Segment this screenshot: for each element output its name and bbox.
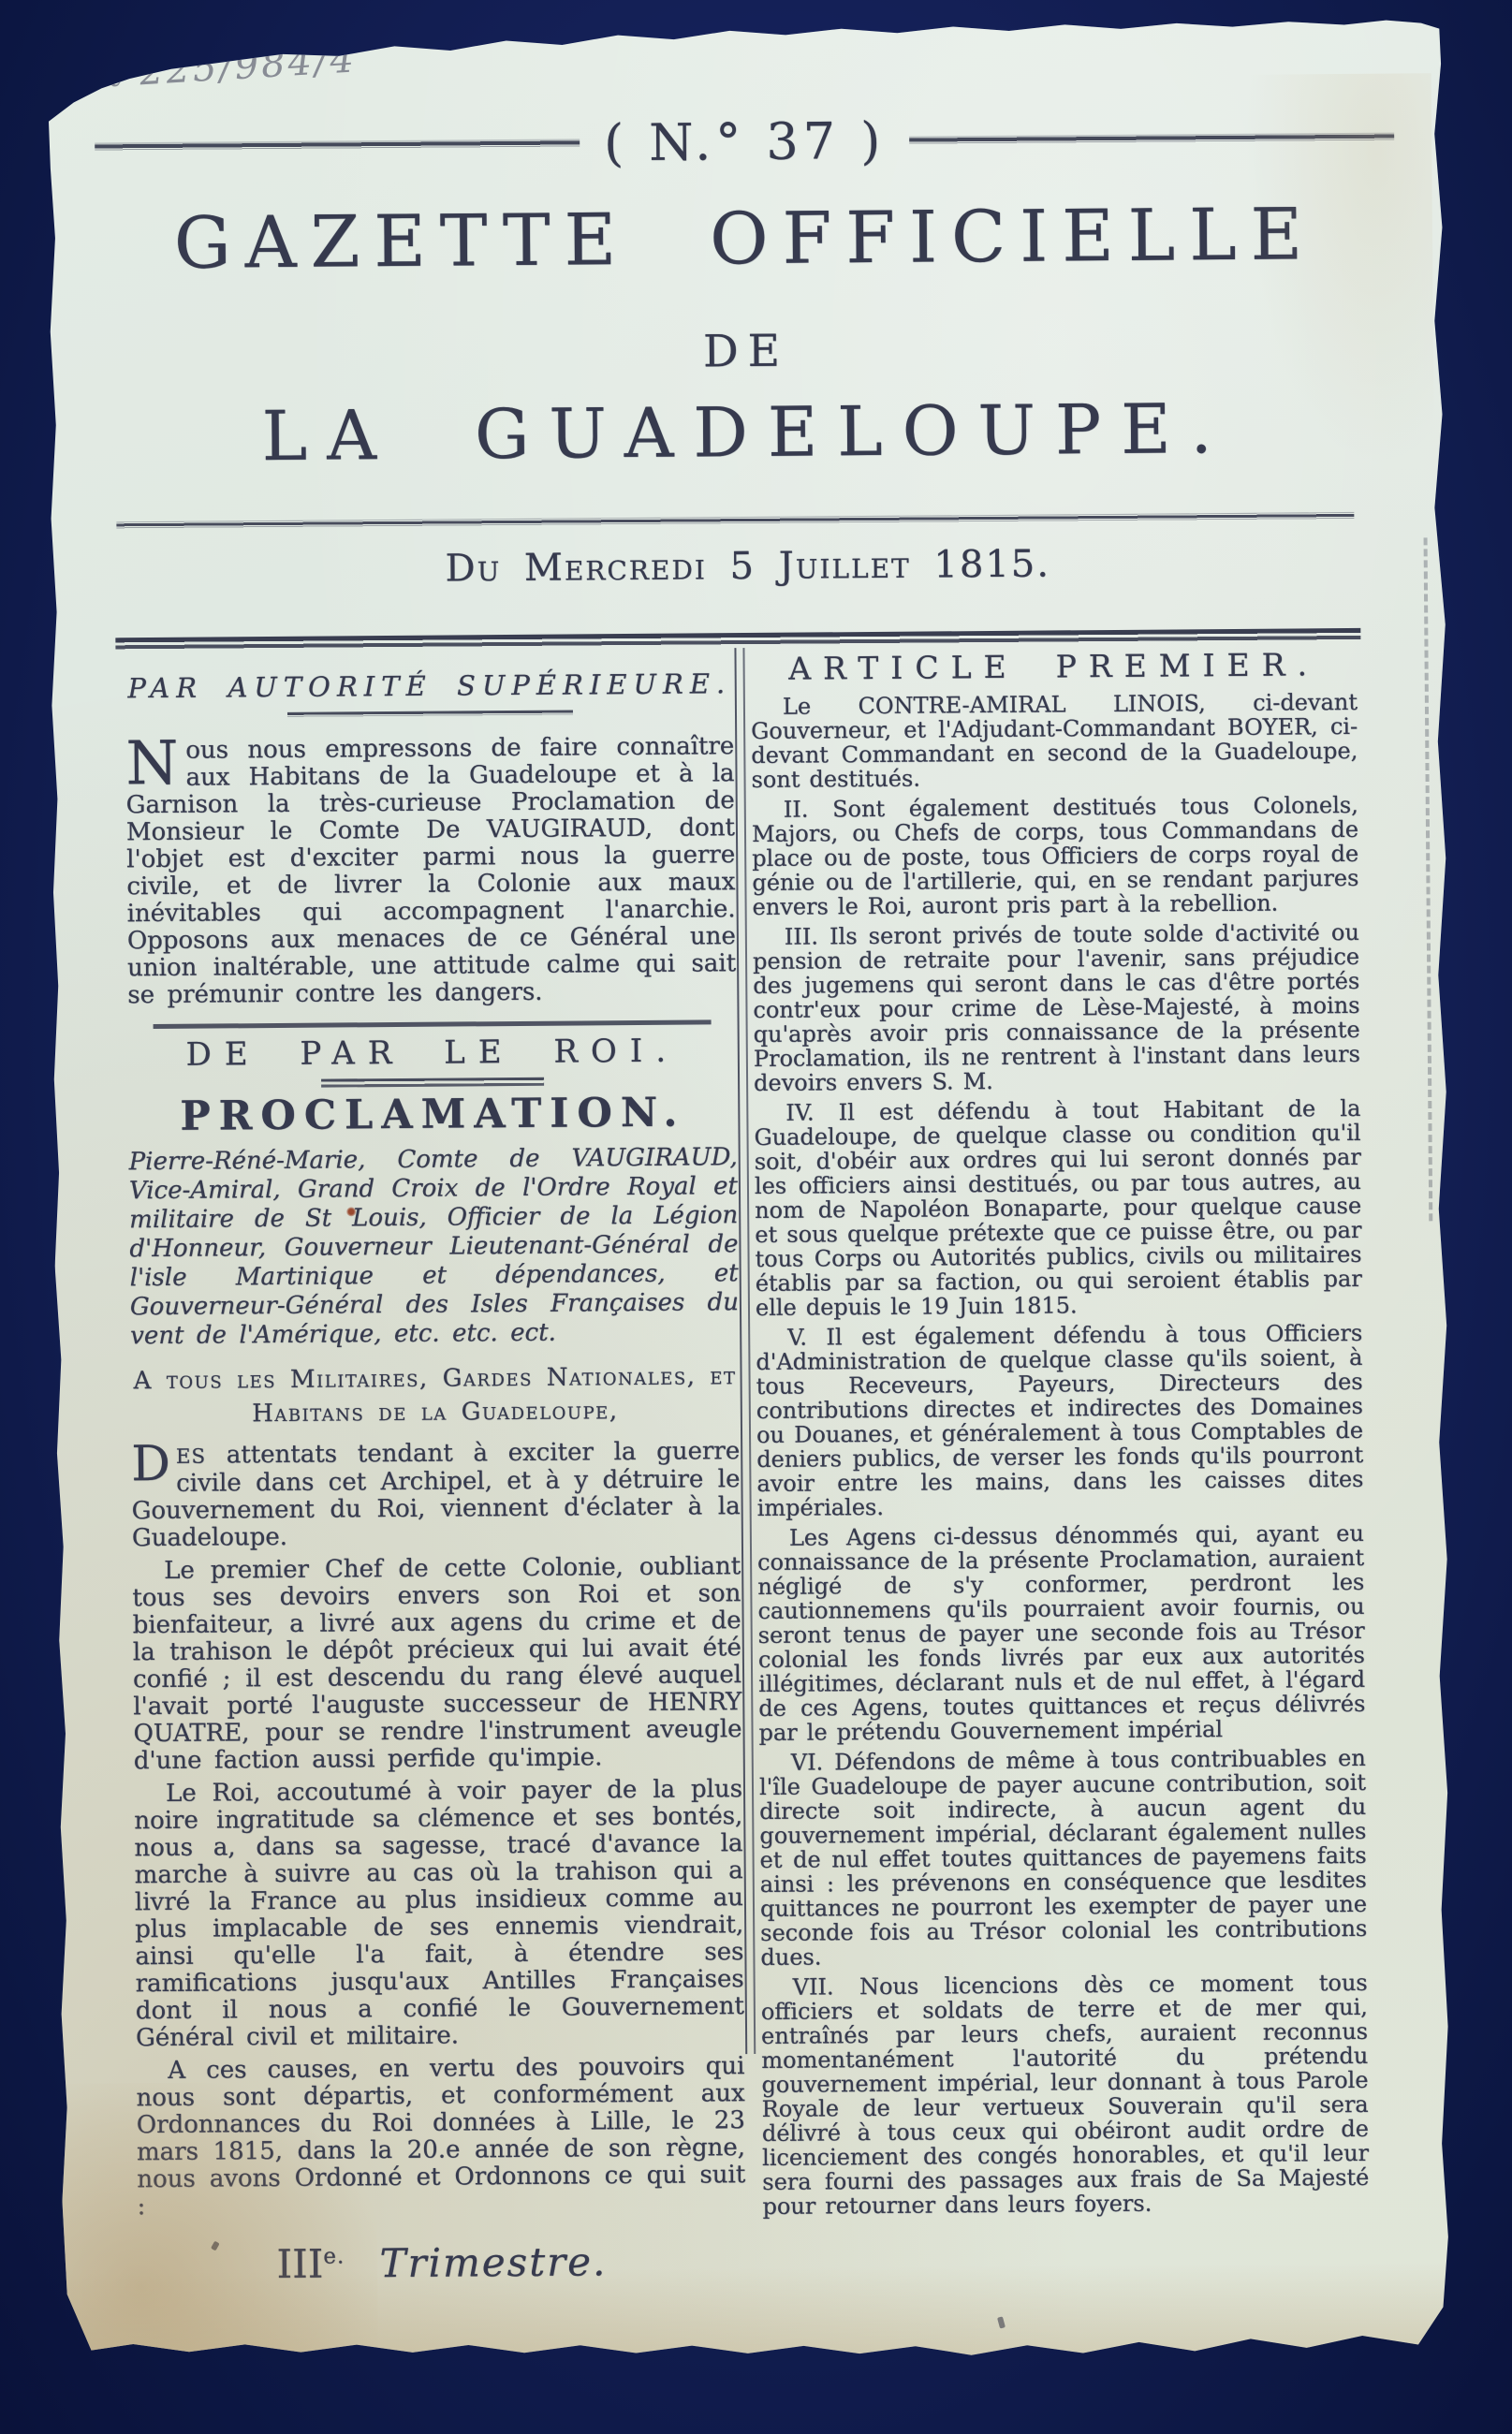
trimestre-roman: III xyxy=(276,2241,323,2287)
dropcap-n: N xyxy=(125,738,185,789)
paragraph: Le Roi, accoutumé à voir payer de la plu… xyxy=(134,1776,744,2052)
masthead-title: GAZETTE OFFICIELLE xyxy=(47,191,1445,286)
intro-text: ous nous empressons de faire connaître a… xyxy=(126,732,737,1009)
article-paragraph: III. Ils seront privés de toute solde d'… xyxy=(753,920,1360,1095)
des-caps: ES xyxy=(176,1445,206,1469)
left-column: PAR AUTORITÉ SUPÉRIEURE. Nous nous empre… xyxy=(125,670,746,2279)
address-line-1: A tous les Militaires, Gardes Nationales… xyxy=(133,1362,736,1395)
de-par-le-roi-heading: DE PAR LE ROI. xyxy=(128,1037,737,1069)
article-paragraph: II. Sont également destitués tous Colone… xyxy=(752,793,1359,919)
kicker-heading: PAR AUTORITÉ SUPÉRIEURE. xyxy=(125,670,734,702)
issue-rule-right xyxy=(909,133,1394,145)
intro-paragraph: Nous nous empressons de faire connaître … xyxy=(125,733,736,1009)
article-paragraph: Les Agens ci-dessus dénommés qui, ayant … xyxy=(757,1521,1366,1745)
trimestre-word: Trimestre. xyxy=(379,2238,607,2286)
ink-speck xyxy=(997,2316,1006,2328)
address-line-2: Habitans de la Guadeloupe, xyxy=(252,1397,619,1428)
paragraph: Le premier Chef de cette Colonie, oublia… xyxy=(132,1553,742,1775)
archive-shelfmark-note: Gℓ 225/984/4 xyxy=(72,37,358,97)
address-block: A tous les Militaires, Gardes Nationales… xyxy=(130,1359,740,1431)
des-attentats-paragraph: DES attentats tendant à exciter la guerr… xyxy=(131,1438,741,1552)
date-line: Du Mercredi 5 Juillet 1815. xyxy=(50,539,1446,594)
article-paragraph: VII. Nous licencions dès ce moment tous … xyxy=(761,1971,1370,2219)
proclamation-heading: PROCLAMATION. xyxy=(128,1099,737,1131)
trimestre-footer: IIIe. Trimestre. xyxy=(138,2240,746,2279)
masthead-de: DE xyxy=(48,320,1445,383)
article-paragraph: V. Il est également défendu à tous Offic… xyxy=(756,1321,1364,1520)
issue-number: ( N.° 37 ) xyxy=(604,111,886,172)
trimestre-superscript: e. xyxy=(323,2244,345,2268)
right-column: ARTICLE PREMIER. Le CONTRE-AMIRAL LINOIS… xyxy=(751,652,1370,2224)
proclamation-rule xyxy=(321,1078,544,1088)
titles-paragraph: Pierre-Réné-Marie, Comte de VAUGIRAUD, V… xyxy=(129,1143,740,1351)
newspaper-page: Gℓ 225/984/4 ( N.° 37 ) GAZETTE OFFICIEL… xyxy=(45,17,1461,2365)
section-rule xyxy=(154,1019,712,1029)
article-premier-heading: ARTICLE PREMIER. xyxy=(751,652,1358,682)
article-paragraph: IV. Il est défendu à tout Habitant de la… xyxy=(754,1096,1362,1320)
masthead-rule xyxy=(116,512,1354,529)
des-text: attentats tendant à exciter la guerre ci… xyxy=(132,1437,741,1552)
dropcap-d: D xyxy=(131,1443,176,1485)
issue-rule-left xyxy=(95,139,580,151)
right-edge-marks xyxy=(1424,537,1433,1221)
masthead-subtitle: LA GUADELOUPE. xyxy=(48,388,1446,478)
kicker-rule xyxy=(286,710,572,717)
paragraph: A ces causes, en vertu des pouvoirs qui … xyxy=(136,2053,745,2221)
article-paragraph: Le CONTRE-AMIRAL LINOIS, ci-devant Gouve… xyxy=(751,690,1358,792)
issue-number-row: ( N.° 37 ) xyxy=(46,107,1443,177)
article-paragraph: VI. Défendons de même à tous contribuabl… xyxy=(759,1746,1368,1970)
